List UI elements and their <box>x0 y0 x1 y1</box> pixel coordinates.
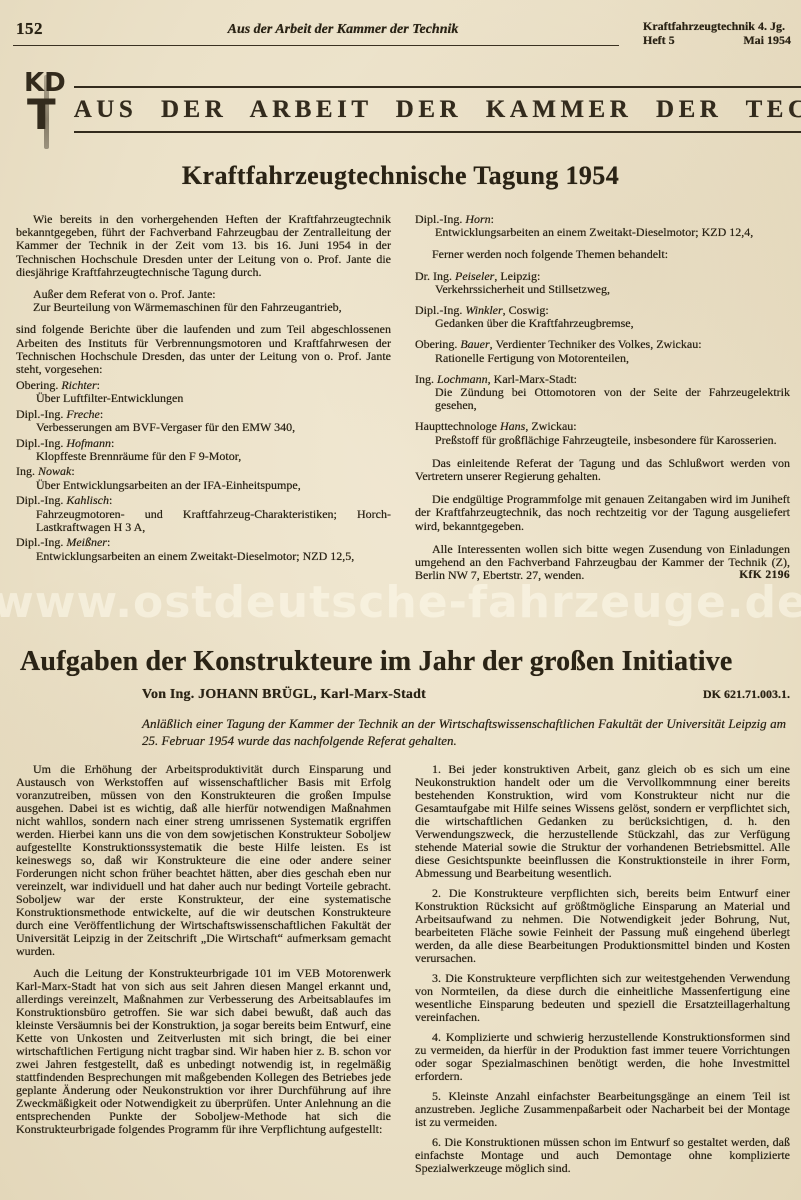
paragraph: Auch die Leitung der Konstrukteurbrigade… <box>16 967 391 1136</box>
header-rule <box>13 45 619 46</box>
article2-byline-row: Von Ing. JOHANN BRÜGL, Karl-Marx-Stadt D… <box>142 687 790 703</box>
speaker-prefix: Obering. <box>415 337 460 351</box>
speaker-suffix: : <box>107 535 110 549</box>
program-item: Ing. Lochmann, Karl-Marx-Stadt: Die Zünd… <box>415 373 790 413</box>
numbered-paragraph: 3. Die Konstrukteure verpflichten sich z… <box>415 972 790 1024</box>
topic: Fahrzeugmotoren- und Kraftfahrzeug-Chara… <box>16 508 391 534</box>
topic: Entwicklungsarbeiten an einem Zweitakt-D… <box>415 226 790 239</box>
speaker-name: Kahlisch <box>66 493 109 507</box>
paragraph: Das einleitende Referat der Tagung und d… <box>415 457 790 483</box>
program-item: Dipl.-Ing. Kahlisch: Fahrzeugmotoren- un… <box>16 494 391 534</box>
program-item: Obering. Richter: Über Luftfilter-Entwic… <box>16 379 391 405</box>
speaker-suffix: : <box>111 436 114 450</box>
kdt-logo-t: T <box>27 96 66 134</box>
program-item: Ing. Nowak: Über Entwicklungsarbeiten an… <box>16 465 391 491</box>
numbered-paragraph: 4. Komplizierte und schwierig herzustell… <box>415 1031 790 1083</box>
speaker-prefix: Obering. <box>16 378 61 392</box>
paragraph: Um die Erhöhung der Arbeitsproduktivität… <box>16 763 391 958</box>
journal-page: 152 Aus der Arbeit der Kammer der Techni… <box>0 0 801 1200</box>
speaker-name: Richter <box>61 378 96 392</box>
speaker-prefix: Haupttechnologe <box>415 419 500 433</box>
topic: Entwicklungsarbeiten an einem Zweitakt-D… <box>16 550 391 563</box>
issue-block: Kraftfahrzeugtechnik 4. Jg. Heft 5 Mai 1… <box>643 19 791 48</box>
article1-title: Kraftfahrzeugtechnische Tagung 1954 <box>0 161 801 191</box>
dk-classification: DK 621.71.003.1. <box>703 687 790 702</box>
program-item: Dipl.-Ing. Meißner: Entwicklungsarbeiten… <box>16 536 391 562</box>
program-item: Dr. Ing. Peiseler, Leipzig: Verkehrssich… <box>415 270 790 296</box>
speaker-name: Hofmann <box>66 436 111 450</box>
topic: Über Entwicklungsarbeiten an der IFA-Ein… <box>16 479 391 492</box>
speaker-suffix: : <box>491 212 494 226</box>
speaker-name: Hans <box>500 419 525 433</box>
speaker-prefix: Dipl.-Ing. <box>16 535 66 549</box>
speaker-name: Bauer <box>460 337 489 351</box>
program-item: Haupttechnologe Hans, Zwickau: Preßstoff… <box>415 420 790 446</box>
scan-watermark: www.ostdeutsche-fahrzeuge.de <box>0 577 801 628</box>
kdt-logo-icon: KD T <box>24 72 66 154</box>
topic: Gedanken über die Kraftfahrzeugbremse, <box>415 317 790 330</box>
topic: Über Luftfilter-Entwicklungen <box>16 392 391 405</box>
speaker-name: Horn <box>465 212 490 226</box>
article2-left-column: Um die Erhöhung der Arbeitsproduktivität… <box>16 763 391 1175</box>
topic: Die Zündung bei Ottomotoren von der Seit… <box>415 386 790 412</box>
issue-number: Heft 5 <box>643 33 675 47</box>
speaker-name: Meißner <box>66 535 107 549</box>
topic: Verkehrssicherheit und Stillsetzweg, <box>415 283 790 296</box>
topic: Verbesserungen am BVF-Vergaser für den E… <box>16 421 391 434</box>
speaker-suffix: , Zwickau: <box>525 419 576 433</box>
speaker-name: Nowak <box>38 464 71 478</box>
speaker-prefix: Ing. <box>16 464 38 478</box>
article2-abstract: Anläßlich einer Tagung der Kammer der Te… <box>142 716 786 749</box>
speaker-prefix: Ing. <box>415 372 437 386</box>
numbered-paragraph: 2. Die Konstrukteure verpflichten sich, … <box>415 887 790 965</box>
paragraph-line: Zur Beurteilung von Wärmemaschinen für d… <box>16 301 391 314</box>
speaker-suffix: , Leipzig: <box>494 269 540 283</box>
paragraph: Ferner werden noch folgende Themen behan… <box>415 248 790 261</box>
banner-rule-box: AUS DER ARBEIT DER KAMMER DER TECHNIK <box>74 86 801 133</box>
speaker-suffix: , Karl-Marx-Stadt: <box>488 372 577 386</box>
speaker-suffix: , Verdienter Techniker des Volkes, Zwick… <box>490 337 702 351</box>
running-head: Aus der Arbeit der Kammer der Technik <box>43 19 643 38</box>
program-item: Dipl.-Ing. Winkler, Coswig: Gedanken übe… <box>415 304 790 330</box>
page-number: 152 <box>16 19 43 39</box>
article2-right-column: 1. Bei jeder konstruktiven Arbeit, ganz … <box>415 763 790 1175</box>
paragraph: Die endgültige Programmfolge mit genauen… <box>415 493 790 533</box>
banner-title: AUS DER ARBEIT DER KAMMER DER TECHNIK <box>74 96 801 124</box>
program-item: Dipl.-Ing. Freche: Verbesserungen am BVF… <box>16 408 391 434</box>
speaker-prefix: Dipl.-Ing. <box>415 303 465 317</box>
article2-title: Aufgaben der Konstrukteure im Jahr der g… <box>20 646 790 678</box>
speaker-name: Freche <box>66 407 100 421</box>
numbered-paragraph: 5. Kleinste Anzahl einfachster Bearbeitu… <box>415 1090 790 1129</box>
kdt-banner: KD T AUS DER ARBEIT DER KAMMER DER TECHN… <box>24 72 790 154</box>
article2-columns: Um die Erhöhung der Arbeitsproduktivität… <box>16 763 790 1175</box>
topic: Preßstoff für großflächige Fahrzeugteile… <box>415 434 790 447</box>
speaker-prefix: Dipl.-Ing. <box>415 212 465 226</box>
speaker-name: Lochmann <box>437 372 488 386</box>
speaker-prefix: Dipl.-Ing. <box>16 493 66 507</box>
article1-left-column: Wie bereits in den vorhergehenden Heften… <box>16 213 391 582</box>
paragraph: sind folgende Berichte über die laufende… <box>16 323 391 376</box>
speaker-suffix: : <box>109 493 112 507</box>
speaker-suffix: : <box>71 464 74 478</box>
speaker-prefix: Dipl.-Ing. <box>16 436 66 450</box>
program-item: Dipl.-Ing. Horn: Entwicklungsarbeiten an… <box>415 213 790 239</box>
program-item: Dipl.-Ing. Hofmann: Klopffeste Brennräum… <box>16 437 391 463</box>
topic: Klopffeste Brennräume für den F 9-Motor, <box>16 450 391 463</box>
article1-right-column: Dipl.-Ing. Horn: Entwicklungsarbeiten an… <box>415 213 790 582</box>
speaker-prefix: Dipl.-Ing. <box>16 407 66 421</box>
issue-date: Mai 1954 <box>743 33 791 47</box>
journal-title: Kraftfahrzeugtechnik 4. Jg. <box>643 19 791 33</box>
page-header: 152 Aus der Arbeit der Kammer der Techni… <box>16 19 791 48</box>
speaker-suffix: , Coswig: <box>503 303 549 317</box>
numbered-paragraph: 1. Bei jeder konstruktiven Arbeit, ganz … <box>415 763 790 880</box>
article2: Aufgaben der Konstrukteure im Jahr der g… <box>16 646 790 1175</box>
program-item: Obering. Bauer, Verdienter Techniker des… <box>415 338 790 364</box>
paragraph: Wie bereits in den vorhergehenden Heften… <box>16 213 391 279</box>
article1-columns: Wie bereits in den vorhergehenden Heften… <box>16 213 790 582</box>
speaker-name: Winkler <box>465 303 502 317</box>
speaker-prefix: Dr. Ing. <box>415 269 455 283</box>
speaker-suffix: : <box>97 378 100 392</box>
article2-byline: Von Ing. JOHANN BRÜGL, Karl-Marx-Stadt <box>142 687 426 703</box>
topic: Rationelle Fertigung von Motorenteilen, <box>415 352 790 365</box>
speaker-name: Peiseler <box>455 269 494 283</box>
numbered-paragraph: 6. Die Konstruktionen müssen schon im En… <box>415 1136 790 1175</box>
speaker-suffix: : <box>100 407 103 421</box>
